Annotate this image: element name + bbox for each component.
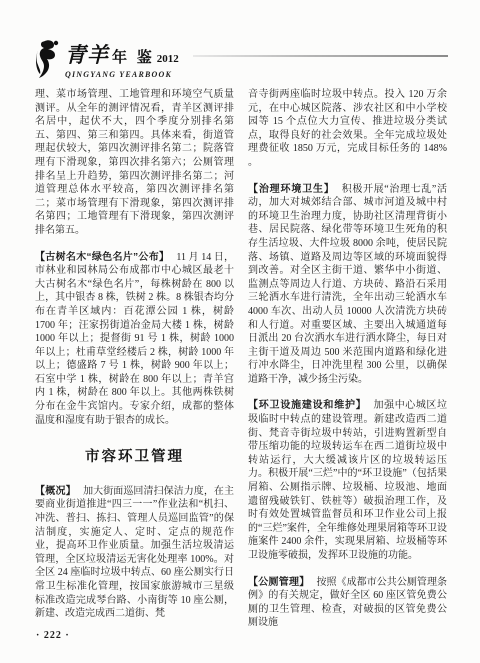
logo-text: 青羊 年 鉴 2012 QINGYANG YEARBOOK bbox=[65, 39, 179, 79]
logo-title: 青羊 年 鉴 2012 bbox=[65, 39, 179, 69]
entry-overview: 【概况】加大街面巡回清扫保洁力度，在主要商业街道推进“四三一一”作业法和“机扫、… bbox=[35, 485, 234, 621]
yearbook-page: 青羊 年 鉴 2012 QINGYANG YEARBOOK 理、菜市场管理、工地… bbox=[0, 0, 480, 663]
calligraphy-figure-icon bbox=[35, 39, 61, 79]
entry-text: 积极开展“治理七乱”活动，加大对城郊结合部、城市河道及城中村的环境卫生治理力度，… bbox=[248, 184, 447, 385]
entry-text: 11 月 14 日，市林业和园林局公布成都市中心城区最老十大古树名木“绿色名片”… bbox=[35, 252, 234, 426]
page-number: · 222 · bbox=[36, 630, 70, 641]
paragraph-continuation: 音寺街两座临时垃圾中转点。投入 120 万余元，在中心城区院落、涉农社区和中小学… bbox=[248, 88, 447, 170]
logo-subtitle: QINGYANG YEARBOOK bbox=[65, 70, 179, 79]
entry-sanitation-facilities: 【环卫设施建设和维护】加强中心城区垃圾临时中转点的建设管理。新建改造西二道街、梵… bbox=[248, 399, 447, 562]
header-divider bbox=[193, 55, 448, 57]
entry-ancient-trees: 【古树名木“绿色名片”公布】11 月 14 日，市林业和园林局公布成都市中心城区… bbox=[35, 251, 234, 428]
paragraph-text: 音寺街两座临时垃圾中转点。投入 120 万余元，在中心城区院落、涉农社区和中小学… bbox=[248, 89, 447, 168]
entry-text: 加大街面巡回清扫保洁力度，在主要商业街道推进“四三一一”作业法和“机扫、冲洗、普… bbox=[35, 486, 234, 619]
entry-text: 加强中心城区垃圾临时中转点的建设管理。新建改造西二道街、梵音寺街垃圾中转站，引进… bbox=[248, 400, 447, 561]
logo-title-rest: 年 鉴 bbox=[112, 46, 155, 67]
paragraph-text: 理、菜市场管理、工地管理和环境空气质量测评。从全年的测评情况看，青羊区测评排名居… bbox=[35, 89, 234, 236]
right-column: 音寺街两座临时垃圾中转点。投入 120 万余元，在中心城区院落、涉农社区和中小学… bbox=[248, 88, 447, 630]
entry-label: 【公厕管理】 bbox=[248, 577, 309, 588]
entry-label: 【治理环境卫生】 bbox=[248, 184, 335, 195]
text-columns: 理、菜市场管理、工地管理和环境空气质量测评。从全年的测评情况看，青羊区测评排名居… bbox=[35, 88, 448, 630]
entry-environment-sanitation: 【治理环境卫生】积极开展“治理七乱”活动，加大对城郊结合部、城市河道及城中村的环… bbox=[248, 183, 447, 387]
page-header: 青羊 年 鉴 2012 QINGYANG YEARBOOK bbox=[35, 36, 448, 82]
entry-label: 【环卫设施建设和维护】 bbox=[248, 400, 367, 411]
logo-title-year: 2012 bbox=[157, 53, 179, 65]
left-column: 理、菜市场管理、工地管理和环境空气质量测评。从全年的测评情况看，青羊区测评排名居… bbox=[35, 88, 234, 630]
entry-label: 【概况】 bbox=[35, 486, 76, 497]
entry-public-toilet-management: 【公厕管理】按照《成都市公共公厕管理条例》的有关规定，做好全区 60 座区管免费… bbox=[248, 576, 447, 630]
logo-title-script: 青羊 bbox=[65, 39, 109, 69]
yearbook-logo: 青羊 年 鉴 2012 QINGYANG YEARBOOK bbox=[35, 39, 179, 79]
entry-label: 【古树名木“绿色名片”公布】 bbox=[35, 252, 169, 263]
paragraph-continuation: 理、菜市场管理、工地管理和环境空气质量测评。从全年的测评情况看，青羊区测评排名居… bbox=[35, 88, 234, 238]
section-heading: 市容环卫管理 bbox=[35, 451, 234, 465]
